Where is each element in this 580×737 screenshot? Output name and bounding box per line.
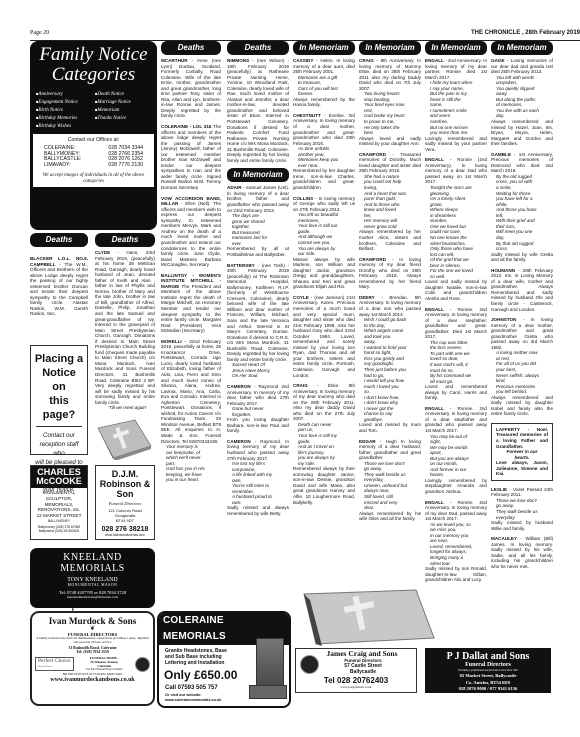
- notice-craig-2: CRAIG - Elsie. 8th Anniversary. In lovin…: [293, 383, 355, 505]
- notice-vow-accordion: VOW ACCORDION BAND, MILLAR - Ellen (Nell…: [161, 196, 221, 268]
- notice-blacker: BLACKER L.O.L. NO.5. CAMPBELL - The W.M.…: [30, 256, 88, 317]
- notice-morelli: MORELLI - 22nd February 2019, peacefully…: [161, 339, 221, 483]
- notice-gage: GAGE - Loving memories of our dear dad a…: [491, 58, 553, 147]
- column-memoriam-7: In Memoriam ENGALL - 2nd Anniversary. In…: [425, 41, 487, 648]
- james-craig-phone[interactable]: Tel 028 20762403: [296, 676, 416, 685]
- james-craig-website[interactable]: www.jcraigandsons.co.uk: [296, 685, 416, 689]
- category-item[interactable]: Death Notice: [95, 90, 154, 98]
- section-heading-deaths: Deaths: [95, 233, 155, 247]
- notice-ballintoy: BALLINTOY - WOMEN'S INSTITUTE MITCHELL -…: [161, 273, 221, 334]
- category-list: Anniversary Death Notice Engagement Noti…: [33, 90, 154, 130]
- placing-notice-box: Placing a Notice on this page? Contact o…: [30, 345, 88, 455]
- notice-coleraine-lol: COLERAINE - LOL 316 The officers and mem…: [161, 124, 221, 191]
- notice-cameron-2: CAMERON - Raymond. In loving memory of m…: [227, 439, 289, 517]
- notice-craig-1: CRAIG - 8th Anniversary. In loving memor…: [359, 58, 421, 147]
- notice-gamble: GAMBLE - 1st Anniversary. Precious memor…: [491, 152, 553, 263]
- notice-leslie: LESLIE - Violet Passed 24th February 201…: [491, 487, 553, 531]
- category-item[interactable]: Engagement Notice: [36, 98, 95, 106]
- ad-kneeland-memorials[interactable]: KNEELAND MEMORIALS TONY KNEELAND MONUMEN…: [30, 548, 155, 608]
- notice-adair: ADAIR - Samuel James (Uel). In loving me…: [227, 185, 289, 257]
- lion-crest-icon: [300, 655, 319, 674]
- category-item[interactable]: Anniversary: [36, 90, 95, 98]
- notice-edgar: EDGAR - Hugh In loving memory of a dear …: [359, 439, 421, 522]
- section-heading-memoriam: In Memoriam: [359, 41, 421, 55]
- notice-collins: COLLINS - In loving memory of George who…: [293, 196, 355, 290]
- category-item[interactable]: Birthday Wishes: [36, 122, 95, 130]
- column-deaths-4: Deaths NIMMONS - (nee Wilson) - 18th Feb…: [227, 41, 289, 522]
- family-notice-categories: Family NoticeCategories Anniversary Deat…: [30, 41, 157, 230]
- section-heading-memoriam: In Memoriam: [227, 168, 289, 182]
- headstone-base-icon: [249, 685, 287, 699]
- notice-deery: DEERY - Brendan. 5th Anniversary. In lov…: [359, 295, 421, 434]
- notice-johnston: JOHNSTON - In loving memory of a dear mo…: [491, 317, 553, 417]
- perfect-choice-logo: Perfect ChoiceFuneral Plans: [35, 657, 74, 671]
- notice-macauley: MACAULEY - William (Bill) James. In lovi…: [491, 536, 553, 569]
- ad-james-craig[interactable]: James Craig and Sons Funeral Directors 5…: [295, 648, 417, 693]
- bible-cross-icon: [95, 418, 153, 460]
- column-deaths-1: Deaths BLACKER L.O.L. NO.5. CAMPBELL - T…: [30, 233, 88, 322]
- bible-image-icon: [296, 588, 436, 646]
- contact-offices: Contact our Offices at: COLERAINE:028 70…: [33, 134, 154, 187]
- notice-clyde: CLYDE - Hans, 23rd February 2019, (peace…: [95, 250, 155, 411]
- column-memoriam-8: In Memoriam GAGE - Loving memories of ou…: [491, 41, 553, 648]
- categories-title: Family NoticeCategories: [33, 45, 154, 85]
- notice-houmann: HOUMANN - 29th February 2012, Iris. In L…: [491, 268, 553, 312]
- section-heading-memoriam: In Memoriam: [293, 41, 355, 55]
- ad-pj-dallat[interactable]: P J Dallat and Sons Funeral Directors Pr…: [425, 648, 551, 693]
- masthead: THE CHRONICLE , 28th February 2019: [471, 30, 580, 36]
- category-item[interactable]: Birth Notice: [36, 106, 95, 114]
- column-deaths-3: Deaths MCARTHUR - Irene (nee Lynn) Dunba…: [161, 41, 221, 488]
- page-number: Page 20: [30, 30, 49, 36]
- notice-chestnutt: CHESTNUTT - Eveline. 3rd Anniversary. In…: [293, 113, 355, 191]
- section-heading-memoriam: In Memoriam: [425, 41, 487, 55]
- section-heading-deaths: Deaths: [227, 41, 289, 55]
- images-note: We accept images of individuals in all o…: [36, 173, 151, 185]
- notice-cameron-1: CAMERON - Raymond 2nd Anniversary. In me…: [227, 384, 289, 434]
- notice-lafferty: LAFFERTY - Noel. Treasured memories of a…: [491, 423, 553, 481]
- divider: [36, 426, 82, 427]
- notice-mcarthur: MCARTHUR - Irene (nee Lynn) Dunbar, Scot…: [161, 58, 221, 119]
- robinson-website[interactable]: www.robinsonsfunerals.com: [96, 533, 154, 537]
- notice-engall-1: ENGALL - 2nd Anniversary. In loving memo…: [425, 58, 487, 152]
- lion-crest-icon: [135, 657, 150, 672]
- notice-engall-3: ENGALL - Ronnie. 2nd Anniversary. In lov…: [425, 307, 487, 401]
- contact-title: Contact our Offices at:: [36, 138, 151, 144]
- section-heading-deaths: Deaths: [30, 233, 88, 247]
- office-phone[interactable]: 028 7776 2130: [108, 163, 143, 169]
- category-item[interactable]: Marriage Notice: [95, 98, 154, 106]
- notice-nimmons: NIMMONS - (nee Wilson) - 18th February 2…: [227, 58, 289, 163]
- column-memoriam-6: In Memoriam CRAIG - 8th Anniversary. In …: [359, 41, 421, 527]
- ivan-phone[interactable]: Tel: (028) 7034 3550: [35, 650, 150, 654]
- ad-charles-mccooke[interactable]: CHARLESMcCOOKE MONUMENTAL SCULPTOR, MEMO…: [30, 465, 88, 540]
- ad-djm-robinson[interactable]: D.J.M. Robinson & Son Funeral Directors …: [95, 465, 155, 540]
- notice-crawford-2: CRAWFORD - In loving memory of my dear f…: [359, 257, 421, 290]
- category-item[interactable]: Memoriam: [95, 106, 154, 114]
- office-row: LIMAVADY:028 7776 2130: [36, 163, 151, 169]
- dallat-phone[interactable]: 028 2076 9000 / 077 9341 6156: [425, 686, 551, 691]
- ivan-website[interactable]: www.ivanmurdockandsons.co.uk: [35, 677, 150, 683]
- notice-engall-4: ENGALL - Ronnie. 2nd Anniversary. In lov…: [425, 406, 487, 495]
- notice-crawford-1: CRAWFORD - Treasured memories of Dorothy…: [359, 152, 421, 252]
- notice-battersby: BATTERSBY - (nee Tosh) - 20th February 2…: [227, 263, 289, 379]
- ad-coleraine-memorials[interactable]: COLERAINE MEMORIALS Granite Headstones, …: [157, 611, 291, 708]
- notice-coyle: COYLE - (nee Jamison) 21st Anniversary. …: [293, 295, 355, 378]
- column-memoriam-5: In Memoriam CASSIDY - Helen. In loving m…: [293, 41, 355, 510]
- section-heading-memoriam: In Memoriam: [491, 41, 553, 55]
- notice-engall-2: ENGALL - Ronnie (2nd Anniversary). In lo…: [425, 157, 487, 301]
- kneeland-email[interactable]: kneelandmemorials@btinternet.com: [30, 595, 155, 599]
- ad-ivan-murdock[interactable]: Ivan Murdock & Sons ❦ FUNERAL DIRECTORS …: [30, 611, 155, 706]
- column-deaths-2: Deaths CLYDE - Hans, 23rd February 2019,…: [95, 233, 155, 416]
- notice-cassidy: CASSIDY - Helen. In loving memory of a d…: [293, 58, 355, 108]
- section-heading-deaths: Deaths: [161, 41, 221, 55]
- category-item[interactable]: Thanks Notice: [95, 114, 154, 122]
- notice-engall-5: ENGALL - Ronnie. 2nd Anniversary. In lov…: [425, 500, 487, 583]
- robinson-phone[interactable]: 028 276 38218: [96, 526, 154, 533]
- category-item[interactable]: Birthday Memories: [36, 114, 95, 122]
